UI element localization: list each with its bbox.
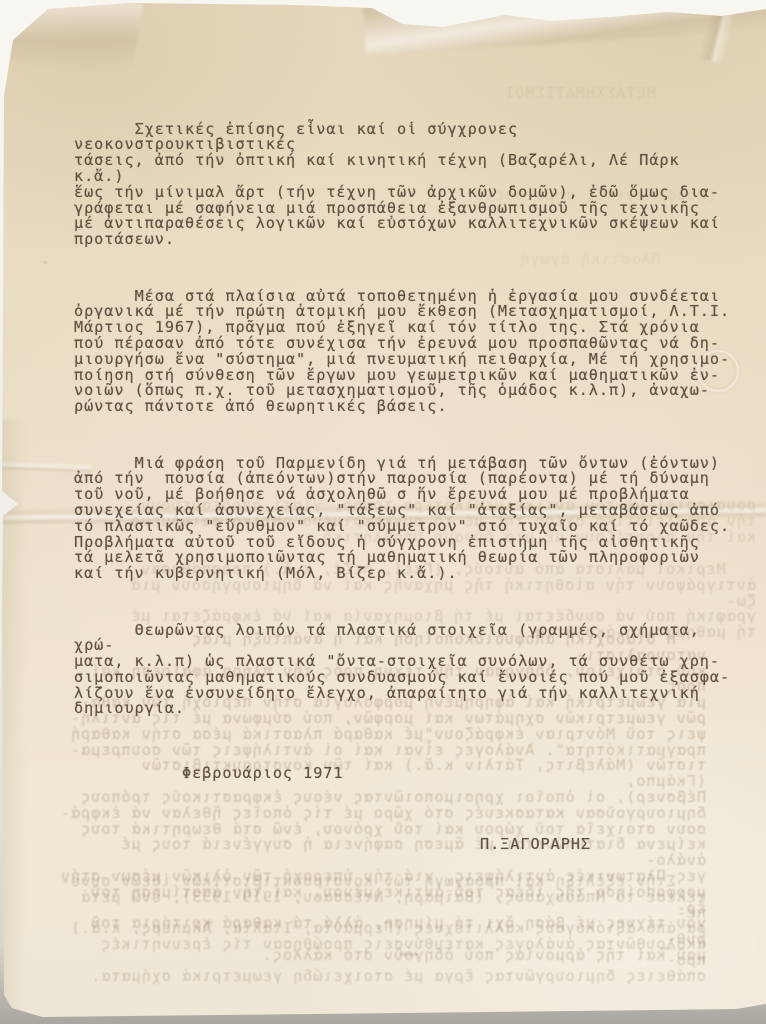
fold-crease-top-left [0, 0, 143, 79]
bleedthrough-closing-block: Στήν ἐξέλιξη καί προαγωγή τῶν κονστρουκτ… [54, 874, 706, 985]
fold-crease-top-right [363, 0, 766, 55]
paragraph-1: Σχετικές ἐπίσης εἶναι καί οἱ σύγχρονες ν… [74, 122, 736, 248]
paper-sheet: ΜΕΤΑΣΧΗΜΑΤΙΣΜΟΙ (Μορφολογικές σημειώσεις… [0, 0, 766, 1024]
paragraph-4: Θεωρῶντας λοιπόν τά πλαστικά στοιχεῖα (γ… [74, 623, 736, 718]
paper-speck [44, 261, 47, 264]
scanned-page-photo: ΜΕΤΑΣΧΗΜΑΤΙΣΜΟΙ (Μορφολογικές σημειώσεις… [0, 0, 766, 1024]
left-edge-shading [0, 420, 26, 1020]
paragraph-3: Μιά φράση τοῦ Παρμενίδη γιά τή μετάβαση … [74, 456, 736, 582]
typewritten-text-block: Σχετικές ἐπίσης εἶναι καί οἱ σύγχρονες ν… [74, 90, 736, 885]
paragraph-2: Μέσα στά πλαίσια αὐτά τοποθετημένη ἡ ἐργ… [74, 289, 736, 415]
date-line: Φεβρουάριος 1971 [182, 766, 736, 782]
fold-crease-top-right-small [698, 0, 740, 64]
signature: Π.ΞΑΓΟΡΑΡΗΣ [480, 837, 736, 853]
